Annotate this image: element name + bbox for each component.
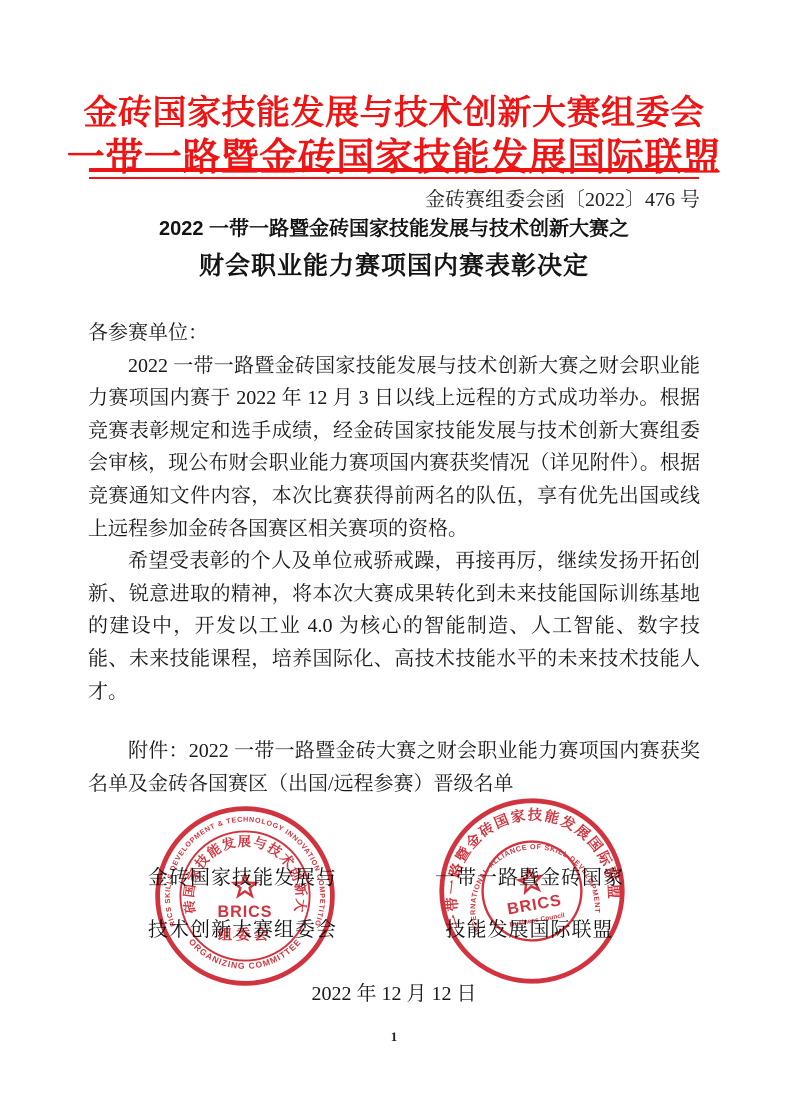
doc-reference-number: 金砖赛组委会函〔2022〕476 号 [425,183,700,212]
attachment-note: 附件：2022 一带一路暨金砖大赛之财会职业能力赛项国内赛获奖名单及金砖各国赛区… [88,735,700,800]
seal-left-brics-word: BRICS [218,903,273,921]
paragraph-1: 2022 一带一路暨金砖国家技能发展与技术创新大赛之财会职业能力赛项国内赛于 2… [88,350,700,546]
page-number: 1 [0,1029,788,1045]
organizing-committee-seal: BRICS SKILLS DEVELOPMENT & TECHNOLOGY IN… [150,801,340,991]
doc-title-line1: 2022 一带一路暨金砖国家技能发展与技术创新大赛之 [0,217,788,241]
letterhead-line1: 金砖国家技能发展与技术创新大赛组委会 [0,90,788,136]
doc-title-line2: 财会职业能力赛项国内赛表彰决定 [0,251,788,281]
paragraph-2: 希望受表彰的个人及单位戒骄戒躁，再接再厉，继续发扬开拓创新、锐意进取的精神，将本… [88,545,700,708]
document-page: 金砖国家技能发展与技术创新大赛组委会 一带一路暨金砖国家技能发展国际联盟 金砖赛… [0,0,788,1108]
red-rule-thin [89,177,699,179]
doc-title: 2022 一带一路暨金砖国家技能发展与技术创新大赛之 财会职业能力赛项国内赛表彰… [0,217,788,281]
salutation: 各参赛单位： [88,317,700,350]
letterhead: 金砖国家技能发展与技术创新大赛组委会 一带一路暨金砖国家技能发展国际联盟 [0,90,788,180]
letterhead-line2: 一带一路暨金砖国家技能发展国际联盟 [0,136,788,180]
body-text: 各参赛单位： 2022 一带一路暨金砖国家技能发展与技术创新大赛之财会职业能力赛… [88,317,700,800]
document-date: 2022 年 12 月 12 日 [0,977,788,1006]
seal-left-committee-word: 组委会 [218,926,272,944]
international-alliance-seal: 一带一路暨金砖国家技能发展国际联盟 INTERNATIONAL ALLIANCE… [437,796,627,986]
red-rule-thick [89,168,699,172]
